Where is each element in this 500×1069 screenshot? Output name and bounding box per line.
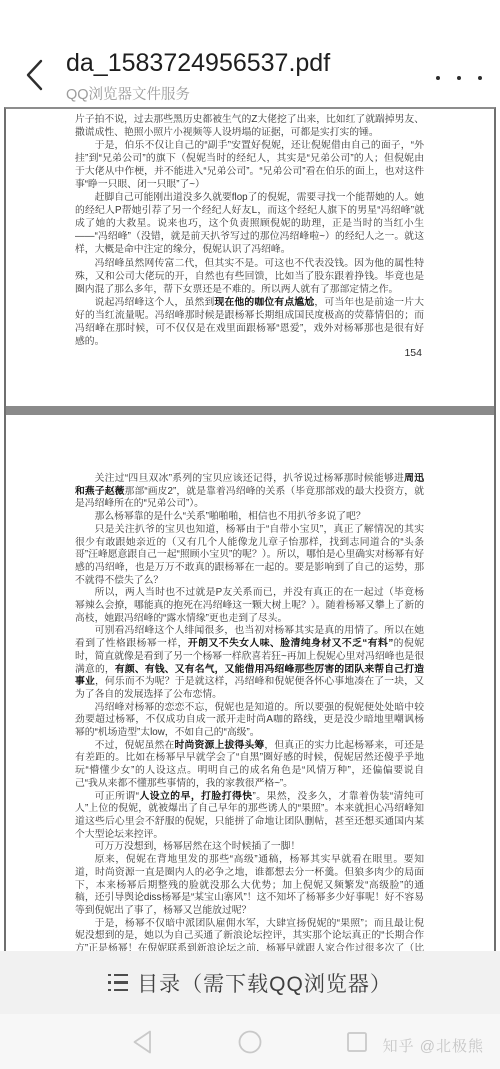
pdf-paragraph: 只是关注扒爷的宝贝也知道，杨幂由于“自带小宝贝”，真正了解情况的其实很少有敢跟她… bbox=[75, 524, 424, 588]
pdf-paragraph: 所以，两人当时也不过就是P友关系而已，并没有真正的在一起过（毕竟杨幂辣么会撩，哪… bbox=[75, 587, 424, 625]
text-segment: 原来，倪妮在背地里发的那些“高级”通稿，杨幂其实早就看在眼里。要知道，时尚资源一… bbox=[75, 854, 424, 916]
pdf-paragraph: 可正所谓“人设立的早，打脸打得快”。果然，没多久，才靠着伪装“清纯可人”上位的倪… bbox=[75, 791, 424, 842]
pdf-paragraph: 可别看冯绍峰这个人绯闻很多，也当初对杨幂其实是真的用情了。所以在她看到了性格跟杨… bbox=[75, 625, 424, 701]
text-segment: 不过，倪妮虽然在 bbox=[95, 740, 175, 751]
page-separator bbox=[4, 406, 496, 415]
text-segment: ，何乐而不为呢？于是就这样，冯绍峰和倪妮便各怀心事地凑在了一块，又为了各自的发展… bbox=[75, 676, 424, 700]
pdf-viewer[interactable]: 154 片子拍不说，过去那些黑历史都被生气的Z大佬挖了出来，比如红了就踹掉男友、… bbox=[4, 107, 496, 951]
app-header: da_1583724956537.pdf QQ浏览器文件服务 bbox=[0, 0, 500, 107]
text-segment: 那部“画皮2”，就是靠着冯绍峰的关系（毕竟那部戏的最大投资方，就是冯绍峰所在的“… bbox=[75, 486, 424, 510]
pdf-paragraph: 冯绍峰虽然网传富二代，但其实不是。可这也不代表没钱。因为他的属性特殊，又和公司大… bbox=[75, 257, 424, 296]
pdf-paragraph: 于是，伯乐不仅让自己的“副手”安置好倪妮，还让倪妮借由自己的面子，“外挂”到“兄… bbox=[75, 139, 424, 191]
circle-home-icon bbox=[236, 1028, 264, 1056]
pdf-paragraph: 那么杨幂靠的是什么“关系”啪啪啪，相信也不用扒爷多说了吧？ bbox=[75, 511, 424, 524]
text-segment: 所以，两人当时也不过就是P友关系而已，并没有真正的在一起过（毕竟杨幂辣么会撩，哪… bbox=[75, 587, 424, 623]
pdf-paragraph: 冯绍峰对杨幂的恋恋不忘，倪妮也是知道的。所以要强的倪妮便处处暗中较劲要超过杨幂，… bbox=[75, 702, 424, 740]
text-segment: 说起冯绍峰这个人，虽然到 bbox=[95, 297, 215, 308]
page-number: 154 bbox=[404, 347, 422, 359]
text-segment: 可万万没想到，杨幂居然在这个时候插了一脚！ bbox=[95, 841, 301, 852]
nav-recents-button[interactable] bbox=[343, 1028, 371, 1056]
more-dots-icon bbox=[478, 76, 482, 80]
document-source-label: QQ浏览器文件服务 bbox=[66, 83, 330, 104]
text-segment: 时尚资源上拔得头筹 bbox=[175, 740, 265, 751]
text-segment: 开朗又不失女人味、脸清纯身材又不乏“有料” bbox=[188, 638, 393, 649]
text-segment: 现在他的咖位有点尴尬 bbox=[214, 297, 314, 308]
text-segment: 于是，杨幂不仅暗中派团队雇佣水军，大肆宣扬倪妮的“果照”；而且最让倪妮没想到的是… bbox=[75, 918, 424, 951]
toc-bar-label: 目录（需下载QQ浏览器） bbox=[137, 968, 392, 998]
toc-download-bar[interactable]: 目录（需下载QQ浏览器） bbox=[0, 951, 500, 1014]
pdf-paragraph: 于是，杨幂不仅暗中派团队雇佣水军，大肆宣扬倪妮的“果照”；而且最让倪妮没想到的是… bbox=[75, 918, 424, 951]
pdf-paragraph: 可万万没想到，杨幂居然在这个时候插了一脚！ bbox=[75, 841, 424, 854]
more-dots-icon bbox=[436, 76, 440, 80]
pdf-paragraph: 关注过“四旦双冰”系列的宝贝应该还记得，扒爷说过杨幂那时候能够进周迅和燕子赵薇那… bbox=[75, 473, 424, 511]
text-segment: 赶脚自己可能刚出道没多久就要flop了的倪妮，需要寻找一个能帮她的人。她的经纪人… bbox=[75, 192, 424, 255]
pdf-paragraph: 片子拍不说，过去那些黑历史都被生气的Z大佬挖了出来，比如红了就踹掉男友、撒谎成性… bbox=[75, 113, 424, 139]
pdf-paragraph: 不过，倪妮虽然在时尚资源上拔得头筹，但真正的实力比起杨幂来，可还是有差距的。比如… bbox=[75, 740, 424, 791]
text-segment: 冯绍峰对杨幂的恋恋不忘，倪妮也是知道的。所以要强的倪妮便处处暗中较劲要超过杨幂，… bbox=[75, 702, 424, 738]
android-nav-bar: 知乎 @北极熊 bbox=[0, 1014, 500, 1069]
text-segment: 那么杨幂靠的是什么“关系”啪啪啪，相信也不用扒爷多说了吧？ bbox=[95, 511, 366, 522]
triangle-back-icon bbox=[129, 1028, 157, 1056]
nav-back-button[interactable] bbox=[129, 1028, 157, 1056]
toc-list-icon bbox=[108, 974, 128, 991]
text-segment: 只是关注扒爷的宝贝也知道，杨幂由于“自带小宝贝”，真正了解情况的其实很少有敢跟她… bbox=[75, 524, 424, 586]
text-segment: 人设立的早，打脸打得快 bbox=[139, 791, 253, 802]
text-segment: 冯绍峰虽然网传富二代，但其实不是。可这也不代表没钱。因为他的属性特殊，又和公司大… bbox=[75, 258, 424, 295]
document-title: da_1583724956537.pdf bbox=[66, 49, 330, 78]
document-title-block: da_1583724956537.pdf QQ浏览器文件服务 bbox=[66, 49, 330, 104]
nav-home-button[interactable] bbox=[236, 1028, 264, 1056]
text-segment: 可正所谓“ bbox=[95, 791, 139, 802]
text-segment: 关注过“四旦双冰”系列的宝贝应该还记得，扒爷说过杨幂那时候能够进 bbox=[95, 473, 405, 484]
back-button[interactable] bbox=[20, 56, 52, 94]
pdf-paragraph: 说起冯绍峰这个人，虽然到现在他的咖位有点尴尬，可当年也是前途一片大好的当红流量呢… bbox=[75, 296, 424, 348]
text-segment: 于是，伯乐不仅让自己的“副手”安置好倪妮，还让倪妮借由自己的面子，“外挂”到“兄… bbox=[75, 140, 424, 190]
pdf-page-154: 154 片子拍不说，过去那些黑历史都被生气的Z大佬挖了出来，比如红了就踹掉男友、… bbox=[6, 109, 494, 406]
chevron-left-icon bbox=[20, 56, 52, 94]
pdf-paragraph: 原来，倪妮在背地里发的那些“高级”通稿，杨幂其实早就看在眼里。要知道，时尚资源一… bbox=[75, 854, 424, 918]
zhihu-watermark: 知乎 @北极熊 bbox=[383, 1035, 484, 1056]
more-options-button[interactable] bbox=[436, 68, 482, 88]
more-dots-icon bbox=[457, 76, 461, 80]
pdf-page-155: 关注过“四旦双冰”系列的宝贝应该还记得，扒爷说过杨幂那时候能够进周迅和燕子赵薇那… bbox=[6, 415, 494, 951]
text-segment: 片子拍不说，过去那些黑历史都被生气的Z大佬挖了出来，比如红了就踹掉男友、撒谎成性… bbox=[75, 114, 424, 138]
square-recents-icon bbox=[343, 1028, 371, 1056]
pdf-paragraph: 赶脚自己可能刚出道没多久就要flop了的倪妮，需要寻找一个能帮她的人。她的经纪人… bbox=[75, 191, 424, 256]
